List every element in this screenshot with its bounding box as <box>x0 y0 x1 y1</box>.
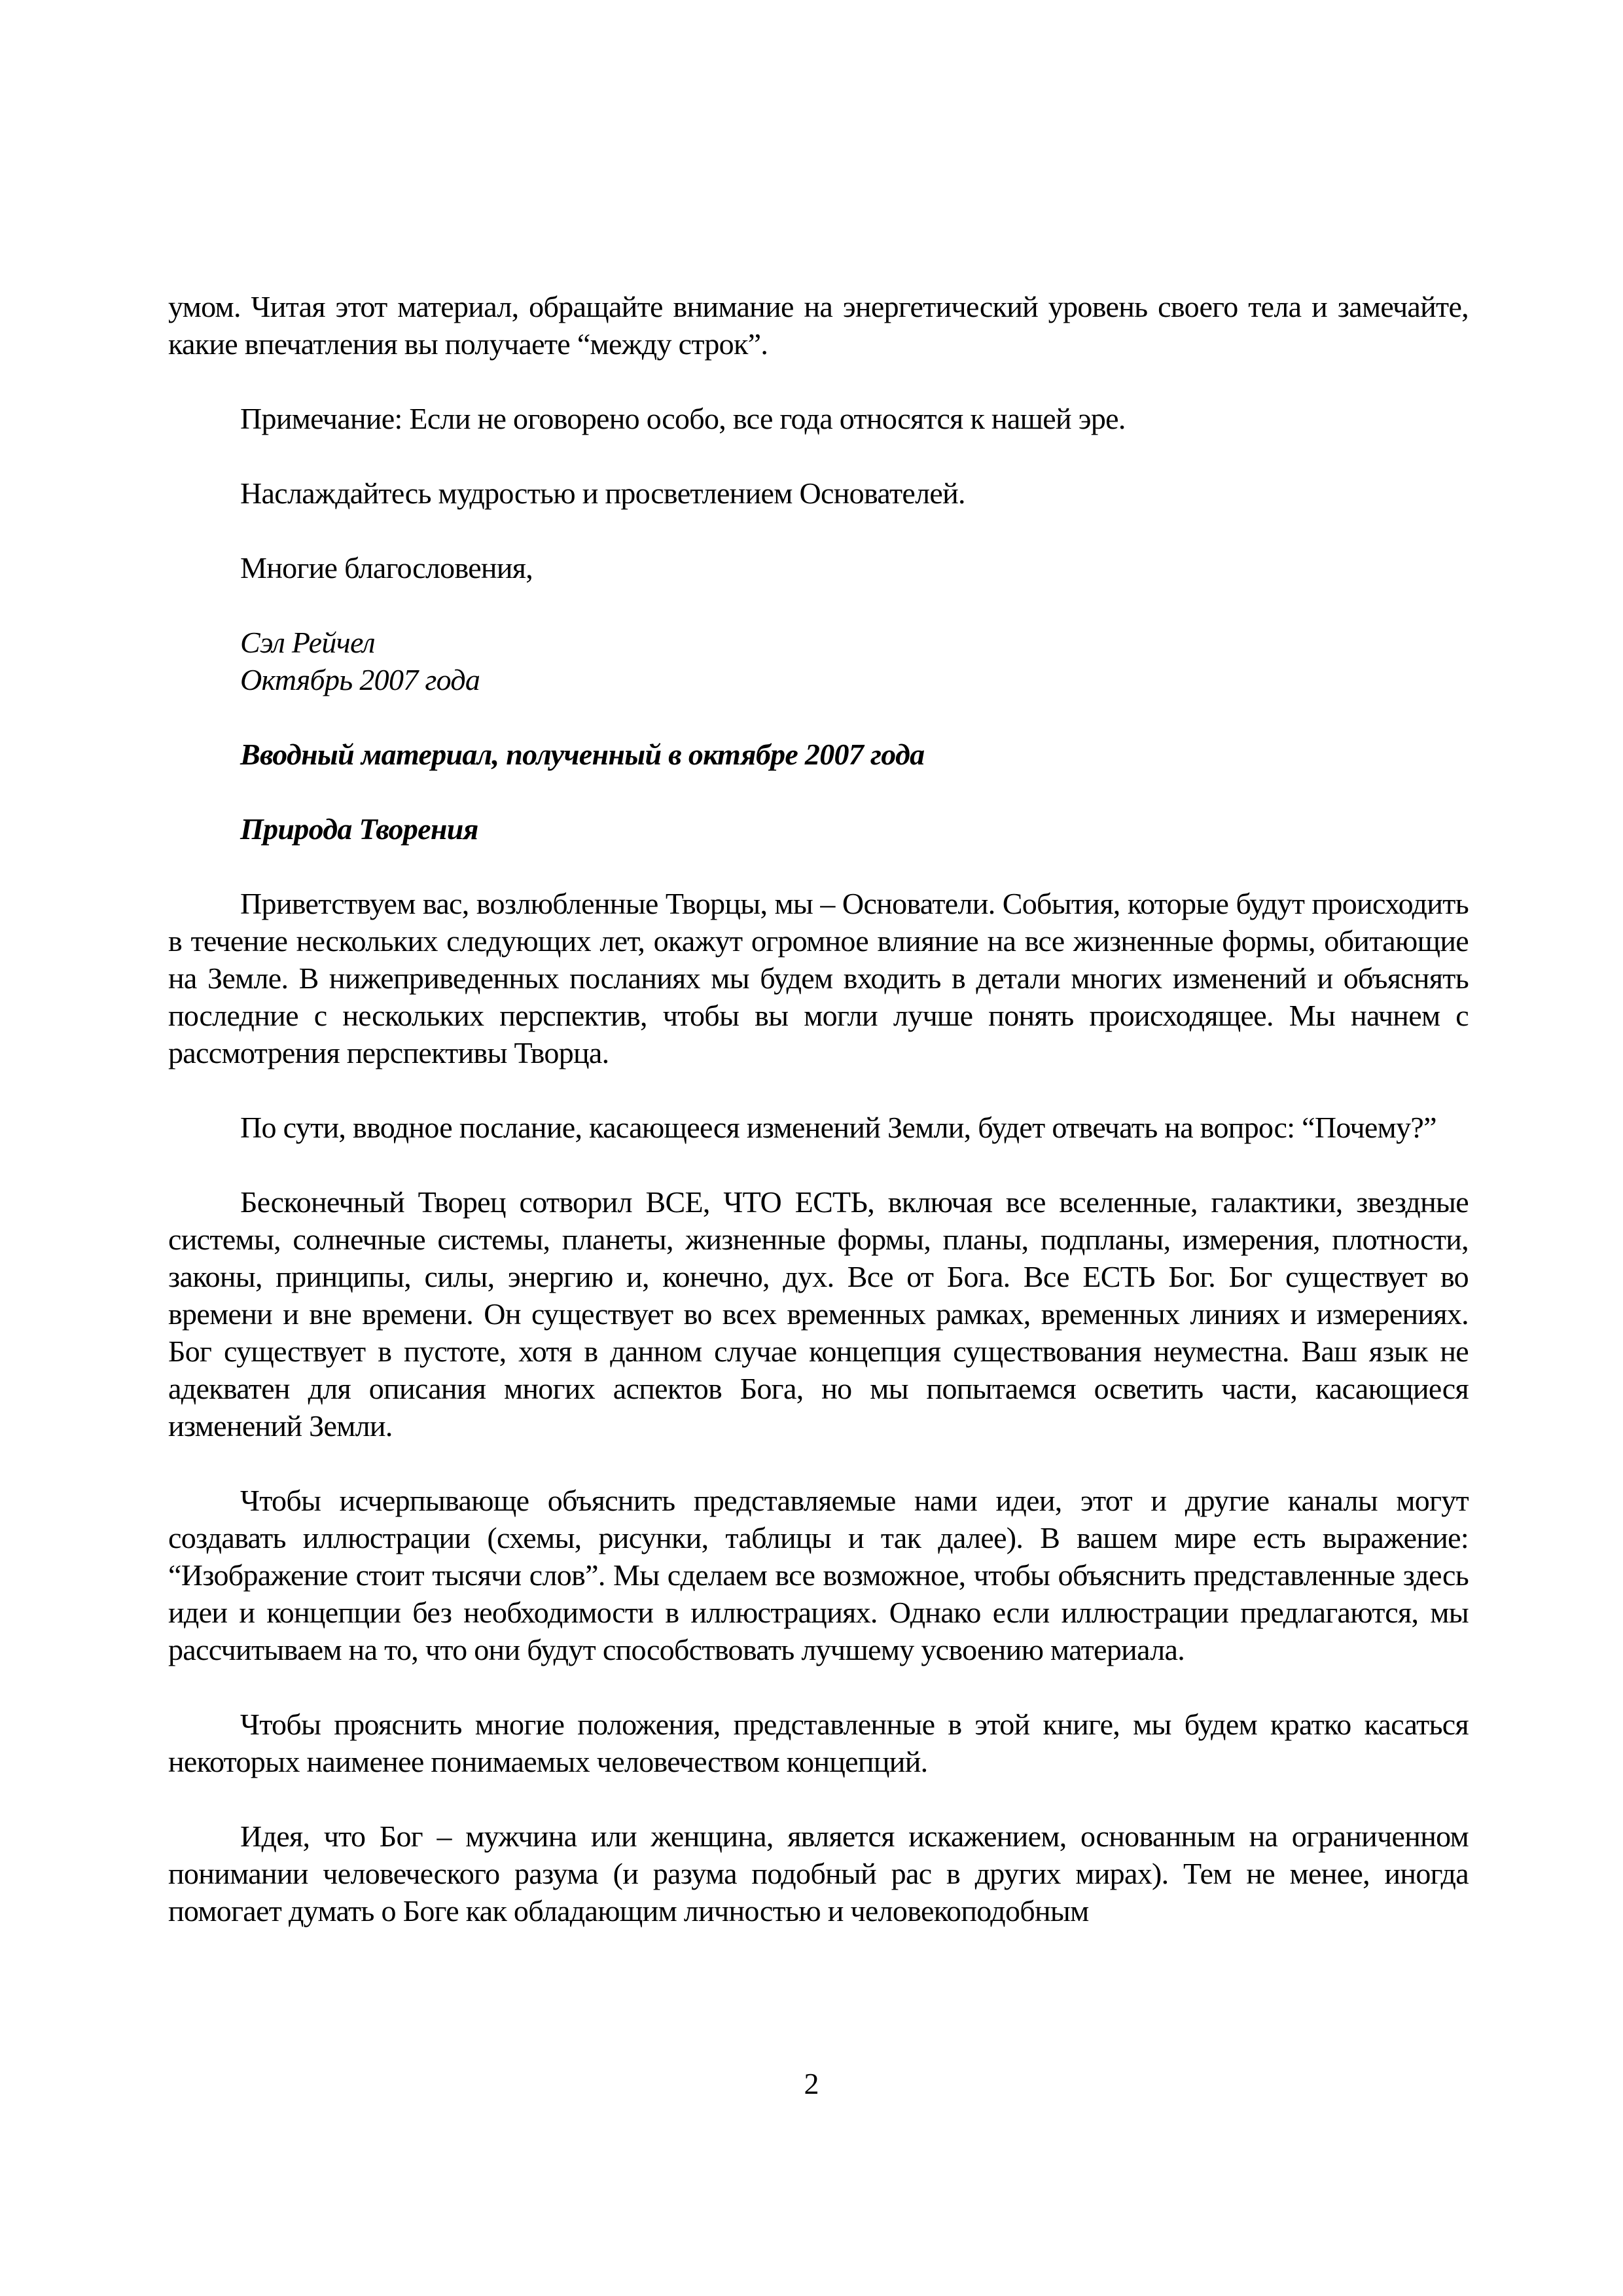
paragraph-illustrations: Чтобы исчерпывающе объяснить представляе… <box>168 1482 1469 1668</box>
document-body: умом. Читая этот материал, обращайте вни… <box>168 288 1469 1967</box>
document-page: умом. Читая этот материал, обращайте вни… <box>0 0 1623 2296</box>
paragraph-note: Примечание: Если не оговорено особо, все… <box>168 400 1469 437</box>
paragraph-god-gender: Идея, что Бог – мужчина или женщина, явл… <box>168 1818 1469 1929</box>
paragraph-greeting: Приветствуем вас, возлюбленные Творцы, м… <box>168 885 1469 1071</box>
paragraph-continuation: умом. Читая этот материал, обращайте вни… <box>168 288 1469 363</box>
paragraph-clarify-concepts: Чтобы прояснить многие положения, предст… <box>168 1706 1469 1780</box>
paragraph-infinite-creator: Бесконечный Творец сотворил ВСЕ, ЧТО ЕСТ… <box>168 1183 1469 1444</box>
page-number: 2 <box>804 2067 819 2100</box>
signature-date-line: Октябрь 2007 года <box>168 661 1469 698</box>
paragraph-enjoy-wisdom: Наслаждайтесь мудростью и просветлением … <box>168 475 1469 512</box>
signature-name-line: Сэл Рейчел <box>168 624 1469 661</box>
paragraph-why-question: По сути, вводное послание, касающееся из… <box>168 1109 1469 1146</box>
page-footer: 2 <box>0 2065 1623 2102</box>
section-heading-introductory-material: Вводный материал, полученный в октябре 2… <box>168 736 1469 773</box>
paragraph-blessings: Многие благословения, <box>168 549 1469 586</box>
subsection-heading-nature-of-creation: Природа Творения <box>168 810 1469 848</box>
